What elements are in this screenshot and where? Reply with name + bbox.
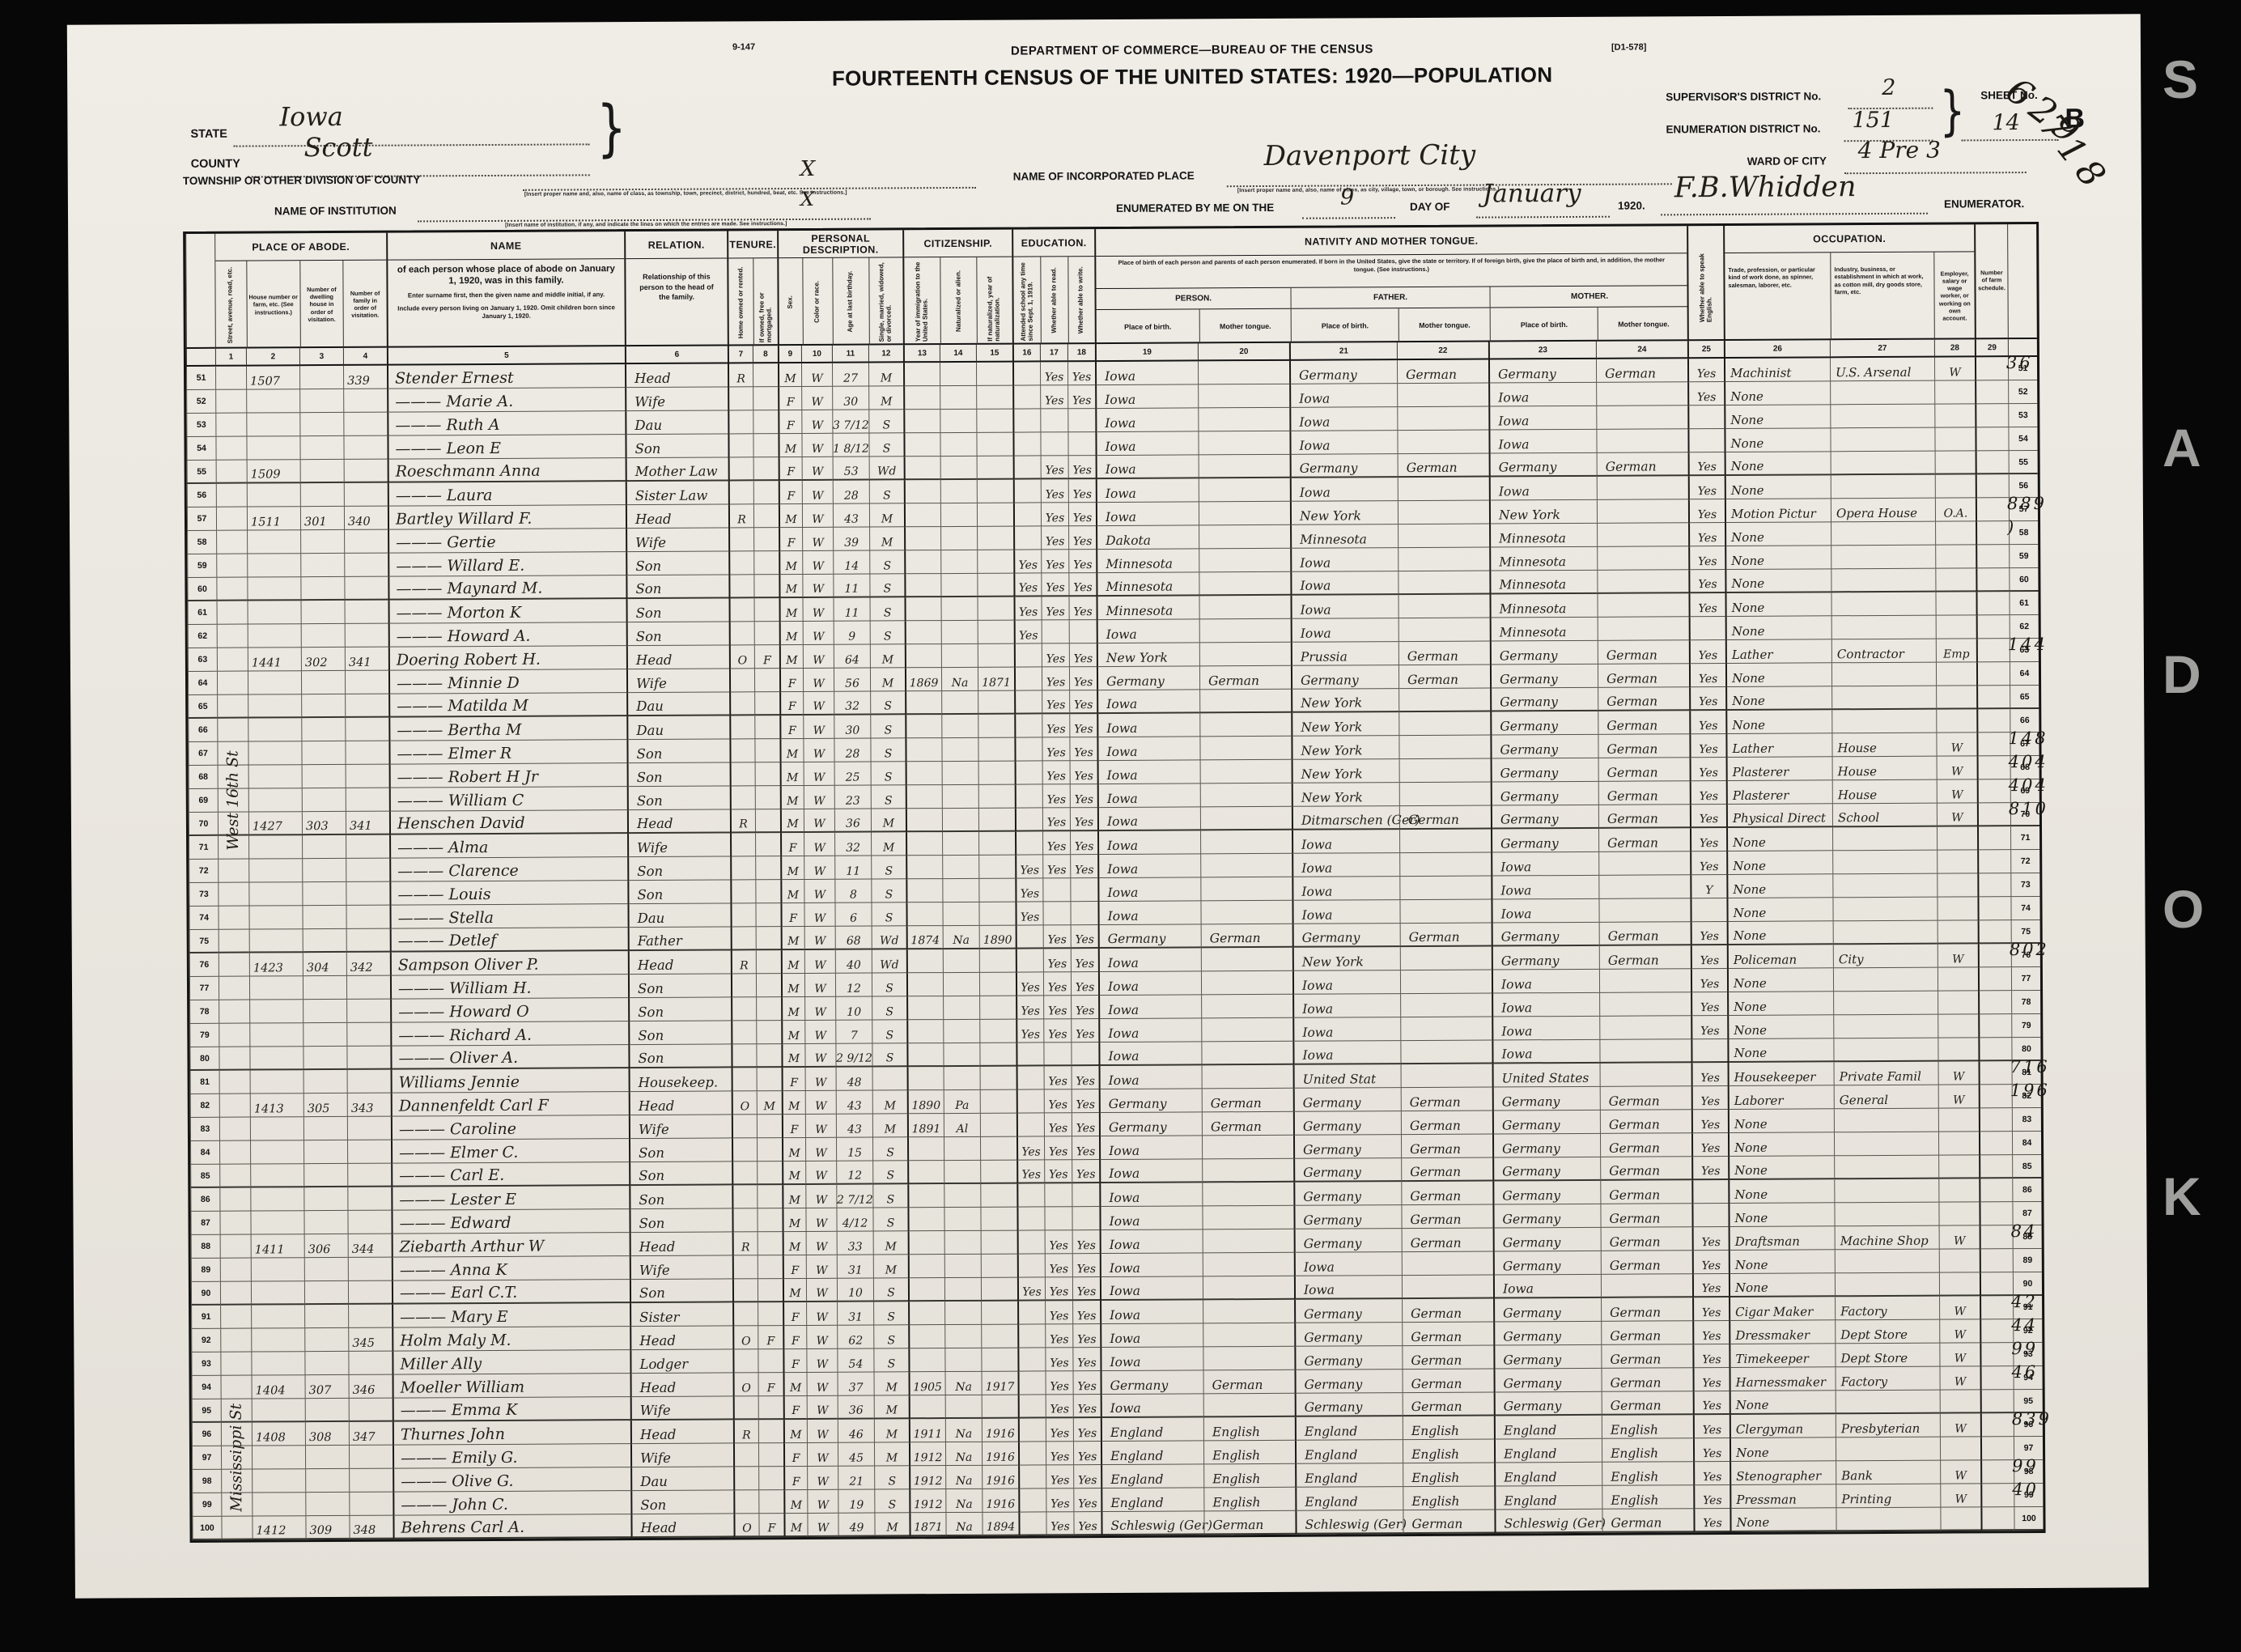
cell-farm-schedule xyxy=(1980,1484,2014,1507)
margin-code: 44 xyxy=(2011,1315,2038,1335)
cell-pob-mother: Schleswig (Ger) xyxy=(1494,1510,1602,1534)
cell-pob-person: Iowa xyxy=(1096,478,1199,503)
cell-marital-status xyxy=(872,1067,907,1090)
cell-value-sex: M xyxy=(786,560,797,574)
cell-value-dwelling-number xyxy=(303,928,307,928)
cell-value-able-to-write: Yes xyxy=(1075,840,1094,854)
cell-value-pob-mother: Germany xyxy=(1496,1376,1562,1391)
cell-value-speaks-english: Yes xyxy=(1699,743,1718,757)
cell-value-employment-class: W xyxy=(1951,741,1963,755)
cell-relation: Head xyxy=(630,1420,733,1444)
cell-home-owned-rented xyxy=(728,410,753,434)
column-number-street: 1 xyxy=(215,349,246,367)
cell-age: 33 xyxy=(837,1232,873,1255)
group-label-relation: RELATION. xyxy=(626,231,727,259)
cell-value-sex: M xyxy=(787,959,799,973)
cell-value-dwelling-number xyxy=(304,1185,308,1186)
cell-trade: Policeman xyxy=(1727,945,1833,969)
cell-value-mt-father: German xyxy=(1399,673,1458,688)
cell-mt-mother: German xyxy=(1598,758,1690,782)
cell-employment-class: W xyxy=(1939,1296,1980,1319)
cell-value-name: ——— William H. xyxy=(392,979,532,999)
cell-mt-father xyxy=(1399,618,1490,643)
cell-mt-person xyxy=(1201,948,1292,972)
cell-value-family-number xyxy=(346,904,350,905)
scanned-census-page: { "form": { "form_number": "9-147", "dep… xyxy=(0,0,2241,1652)
cell-industry xyxy=(1831,686,1936,711)
cell-owned-free-mortgaged: F xyxy=(758,1514,783,1537)
cell-employment-class: W xyxy=(1939,1319,1980,1343)
cell-employment-class xyxy=(1940,1437,1980,1460)
cell-mt-person xyxy=(1203,1347,1294,1371)
cell-value-relation: Son xyxy=(628,746,662,762)
cell-value-house-number xyxy=(250,1022,253,1023)
cell-value-age: 11 xyxy=(846,865,860,879)
cell-industry: City xyxy=(1833,945,1938,969)
cell-value-pob-person: Iowa xyxy=(1099,792,1138,807)
cell-name: ——— Ruth A xyxy=(387,411,625,436)
cell-value-mt-father: German xyxy=(1402,1119,1461,1134)
cell-attended-school xyxy=(1017,1089,1044,1113)
row-number-left: 99 xyxy=(192,1493,221,1517)
cell-pob-mother: Germany xyxy=(1491,782,1598,806)
cell-value-pob-person: Iowa xyxy=(1101,1166,1140,1182)
cell-value-name: ——— Caroline xyxy=(393,1120,516,1140)
cell-pob-person: Dakota xyxy=(1096,525,1199,550)
cell-industry xyxy=(1834,1132,1938,1157)
cell-value-color-race: W xyxy=(814,889,826,902)
cell-name: ——— Leon E xyxy=(387,435,625,460)
cell-name: ——— Edward xyxy=(391,1209,629,1234)
cell-value-industry xyxy=(1831,567,1836,568)
cell-industry xyxy=(1833,992,1938,1016)
cell-value-able-to-write: Yes xyxy=(1073,535,1093,549)
cell-dwelling-number xyxy=(301,718,345,741)
cell-relation: Head xyxy=(627,809,730,834)
cell-able-to-write xyxy=(1071,1043,1098,1066)
cell-able-to-read: Yes xyxy=(1046,1512,1073,1535)
cell-value-attended-school: Yes xyxy=(1021,1145,1041,1159)
cell-able-to-read xyxy=(1044,1207,1072,1230)
cell-owned-free-mortgaged: F xyxy=(758,1373,783,1396)
cell-value-sex: M xyxy=(791,1522,802,1535)
cell-pob-mother: Germany xyxy=(1493,1298,1601,1323)
cell-value-relation: Housekeep. xyxy=(630,1075,719,1092)
cell-value-pob-father: New York xyxy=(1292,695,1362,711)
cell-value-employment-class: W xyxy=(1953,1070,1964,1084)
cell-street xyxy=(219,1141,250,1165)
row-number-left: 71 xyxy=(189,836,218,860)
department-line: DEPARTMENT OF COMMERCE—BUREAU OF THE CEN… xyxy=(836,41,1548,59)
column-number-pob-person: 19 xyxy=(1095,343,1198,362)
cell-value-sex: F xyxy=(789,842,797,856)
row-number-left: 91 xyxy=(191,1306,220,1329)
cell-value-trade: Lather xyxy=(1727,741,1773,757)
cell-speaks-english: Yes xyxy=(1688,476,1725,499)
cell-value-mt-mother: German xyxy=(1602,1258,1661,1273)
cell-immigration-year xyxy=(906,902,942,926)
row-number-left: 70 xyxy=(189,813,218,836)
cell-farm-schedule xyxy=(1979,1061,2012,1085)
cell-value-mt-person: English xyxy=(1204,1425,1260,1440)
cell-pob-father: Iowa xyxy=(1294,1252,1402,1276)
cell-value-attended-school: Yes xyxy=(1019,558,1038,572)
cell-value-able-to-read: Yes xyxy=(1047,816,1067,830)
cell-able-to-write: Yes xyxy=(1067,362,1095,385)
cell-value-pob-mother: Germany xyxy=(1494,1212,1560,1227)
cell-value-speaks-english: Yes xyxy=(1699,649,1718,663)
cell-value-able-to-write: Yes xyxy=(1077,1380,1097,1394)
cell-trade: None xyxy=(1725,710,1831,734)
cell-relation: Head xyxy=(628,950,731,975)
cell-family-number xyxy=(349,1469,393,1493)
cell-house-number xyxy=(246,413,299,436)
cell-pob-father: Iowa xyxy=(1292,877,1399,901)
cell-value-mt-father xyxy=(1399,499,1407,500)
cell-home-owned-rented xyxy=(730,833,755,856)
cell-pob-person: Iowa xyxy=(1099,1183,1202,1207)
cell-value-sex: F xyxy=(792,1335,800,1348)
cell-mt-mother: German xyxy=(1601,1297,1692,1322)
cell-value-mt-father: German xyxy=(1403,1377,1462,1392)
column-header-mt-person: Mother tongue. xyxy=(1199,309,1291,344)
cell-value-family-number xyxy=(345,575,348,576)
cell-value-family-number: 342 xyxy=(347,962,373,975)
cell-home-owned-rented: R xyxy=(728,504,753,528)
cell-value-house-number xyxy=(249,764,253,765)
cell-family-number xyxy=(349,1493,393,1516)
column-header-owned-free-mortgaged: If owned, free or mortgaged. xyxy=(753,258,778,346)
cell-value-mt-mother: German xyxy=(1602,1515,1662,1531)
cell-age: 62 xyxy=(837,1326,873,1349)
cell-value-speaks-english: Yes xyxy=(1701,1119,1721,1132)
cell-value-industry xyxy=(1833,873,1838,873)
cell-value-naturalized: Na xyxy=(956,1498,973,1512)
cell-trade: Timekeeper xyxy=(1729,1344,1835,1368)
cell-immigration-year xyxy=(904,550,940,574)
cell-value-age: 36 xyxy=(846,818,860,831)
cell-able-to-read: Yes xyxy=(1045,1301,1072,1324)
cell-pob-father: Iowa xyxy=(1289,407,1397,431)
cell-able-to-write: Yes xyxy=(1070,855,1097,878)
cell-pob-father: Germany xyxy=(1295,1393,1403,1417)
cell-name: ——— Clarence xyxy=(389,857,627,882)
cell-mt-person xyxy=(1202,1159,1293,1183)
cell-owned-free-mortgaged xyxy=(753,504,779,528)
cell-age: 43 xyxy=(836,1115,872,1138)
cell-marital-status: S xyxy=(871,785,906,809)
cell-name: ——— Howard A. xyxy=(388,622,626,648)
cell-street xyxy=(215,367,246,390)
cell-house-number xyxy=(251,1352,304,1375)
cell-value-name: Henschen David xyxy=(391,814,525,834)
cell-able-to-read: Yes xyxy=(1041,550,1068,573)
cell-speaks-english: Yes xyxy=(1691,969,1727,992)
cell-value-color-race: W xyxy=(812,490,823,503)
cell-family-number xyxy=(347,1211,391,1234)
cell-sex: M xyxy=(781,950,804,974)
cell-mt-father: German xyxy=(1399,665,1490,690)
cell-mt-person: English xyxy=(1203,1441,1295,1465)
column-header-naturalization-year: If naturalized, year of naturalization. xyxy=(976,257,1012,345)
cell-family-number xyxy=(347,1117,391,1140)
cell-value-relation: Son xyxy=(630,1028,664,1044)
cell-value-trade: Physical Direct xyxy=(1728,810,1826,826)
cell-naturalized xyxy=(942,785,978,809)
cell-mt-father: German xyxy=(1398,454,1489,478)
cell-value-trade: Stenographer xyxy=(1731,1468,1821,1484)
cell-value-marital-status: S xyxy=(885,864,893,878)
cell-value-industry xyxy=(1835,1201,1840,1202)
cell-value-pob-father: Germany xyxy=(1294,930,1360,945)
cell-mt-person xyxy=(1199,502,1290,526)
cell-owned-free-mortgaged xyxy=(758,1396,783,1420)
cell-speaks-english: Yes xyxy=(1691,992,1727,1016)
cell-pob-father: New York xyxy=(1292,947,1400,971)
cell-value-name: ——— Howard A. xyxy=(390,627,531,647)
cell-pob-mother: Germany xyxy=(1492,1204,1600,1229)
cell-value-color-race: W xyxy=(812,537,823,550)
cell-age: 15 xyxy=(836,1138,872,1161)
cell-age: 12 xyxy=(835,974,872,997)
cell-value-mt-mother: German xyxy=(1598,741,1657,757)
row-number-left: 82 xyxy=(190,1094,219,1118)
cell-value-pob-person: Iowa xyxy=(1101,1214,1140,1229)
cell-value-mt-father xyxy=(1400,851,1408,852)
cell-employment-class xyxy=(1938,1178,1979,1202)
cell-value-family-number: 341 xyxy=(346,820,372,834)
cell-value-name: ——— Ruth A xyxy=(388,416,499,435)
cell-value-mt-mother: English xyxy=(1602,1493,1658,1508)
cell-value-mt-mother: German xyxy=(1602,1352,1661,1367)
subgroup-columns: Place of birth.Mother tongue. xyxy=(1491,307,1689,342)
cell-age: 48 xyxy=(836,1068,872,1091)
cell-value-pob-father: Iowa xyxy=(1293,885,1332,900)
cell-industry xyxy=(1831,522,1935,546)
cell-value-color-race: W xyxy=(815,1077,826,1090)
cell-value-pob-person: Iowa xyxy=(1099,862,1138,877)
cell-name: Holm Maly M. xyxy=(392,1327,630,1352)
cell-value-age: 31 xyxy=(848,1311,863,1325)
row-number-right: 77 xyxy=(2011,967,2040,991)
cell-mt-person xyxy=(1203,1300,1294,1324)
cell-owned-free-mortgaged xyxy=(758,1302,783,1326)
cell-able-to-read: Yes xyxy=(1042,761,1070,784)
cell-value-dwelling-number xyxy=(305,1350,308,1351)
group-label-citizenship: CITIZENSHIP. xyxy=(904,230,1012,258)
cell-value-able-to-write: Yes xyxy=(1073,581,1093,595)
cell-value-industry xyxy=(1836,1272,1840,1272)
cell-value-employment-class: O.A. xyxy=(1944,507,1968,520)
cell-value-sex: F xyxy=(787,465,795,479)
column-header-text-dwelling-number: Number of dwelling house in order of vis… xyxy=(300,282,343,326)
cell-value-able-to-write: Yes xyxy=(1078,1474,1097,1488)
cell-age: 43 xyxy=(836,1091,872,1115)
cell-speaks-english: Yes xyxy=(1689,711,1725,734)
cell-value-dwelling-number: 305 xyxy=(304,1102,330,1116)
cell-value-trade: Plasterer xyxy=(1728,765,1789,780)
cell-trade: None xyxy=(1725,663,1831,687)
cell-home-owned-rented xyxy=(731,927,756,950)
county-value: Scott xyxy=(303,132,372,163)
cell-pob-father: England xyxy=(1295,1487,1403,1511)
cell-employment-class xyxy=(1935,474,1976,498)
cell-home-owned-rented xyxy=(733,1467,758,1490)
cell-value-trade: None xyxy=(1725,389,1764,405)
cell-mt-person xyxy=(1200,784,1292,808)
cell-value-mt-father xyxy=(1400,781,1408,782)
cell-value-marital-status: S xyxy=(885,888,893,902)
cell-value-age: 46 xyxy=(849,1429,864,1442)
cell-value-mt-person xyxy=(1203,1297,1212,1298)
cell-mt-person xyxy=(1202,1136,1293,1160)
cell-value-industry xyxy=(1833,896,1838,897)
cell-sex: M xyxy=(781,1044,804,1068)
cell-value-mt-person: English xyxy=(1204,1472,1260,1487)
subgroup-columns: Place of birth.Mother tongue. xyxy=(1097,309,1291,344)
cell-value-family-number xyxy=(348,1185,351,1186)
cell-home-owned-rented: R xyxy=(732,1232,758,1255)
subgroup-father: FATHER.Place of birth.Mother tongue. xyxy=(1291,287,1490,343)
cell-pob-person: Iowa xyxy=(1096,455,1199,479)
cell-pob-father: Iowa xyxy=(1292,994,1400,1018)
cell-value-dwelling-number: 304 xyxy=(303,962,329,975)
cell-age: 36 xyxy=(834,809,871,833)
cell-value-relation: Son xyxy=(627,558,661,575)
cell-family-number xyxy=(344,483,388,507)
cell-value-mt-mother xyxy=(1598,522,1606,523)
cell-value-attended-school: Yes xyxy=(1021,1004,1040,1018)
cell-value-pob-mother: Germany xyxy=(1492,719,1558,734)
cell-mt-person xyxy=(1200,854,1292,878)
cell-age: 9 xyxy=(834,622,870,645)
cell-house-number xyxy=(252,1469,305,1493)
cell-industry: Factory xyxy=(1835,1367,1939,1391)
cell-age: 12 xyxy=(836,1161,872,1185)
cell-value-mt-mother: English xyxy=(1602,1446,1658,1461)
cell-able-to-read: Yes xyxy=(1041,526,1068,550)
cell-value-color-race: W xyxy=(817,1358,828,1372)
cell-value-pob-mother: Minnesota xyxy=(1491,577,1566,592)
cell-able-to-write: Yes xyxy=(1068,503,1096,526)
column-header-age: Age at last birthday. xyxy=(832,258,868,346)
cell-dwelling-number xyxy=(301,624,345,648)
cell-value-relation: Sister Law xyxy=(627,488,708,505)
cell-value-relation: Wife xyxy=(630,1122,669,1138)
cell-value-pob-father: Germany xyxy=(1295,1119,1361,1134)
cell-able-to-read: Yes xyxy=(1040,362,1067,385)
cell-relation: Head xyxy=(625,363,728,388)
cell-value-naturalized: Na xyxy=(956,1428,973,1442)
cell-value-name: ——— Marie A. xyxy=(388,393,513,412)
cell-trade: None xyxy=(1728,1132,1834,1157)
cell-value-marital-status: S xyxy=(886,1146,894,1160)
cell-value-age: 14 xyxy=(844,560,859,574)
cell-pob-person: Iowa xyxy=(1095,361,1198,385)
cell-value-family-number xyxy=(348,1068,351,1068)
cell-value-house-number xyxy=(248,647,252,648)
cell-home-owned-rented: O xyxy=(732,1091,757,1115)
column-number-color-race: 10 xyxy=(801,346,832,363)
cell-value-marital-status: S xyxy=(885,771,893,784)
cell-home-owned-rented: R xyxy=(730,809,755,833)
cell-name: ——— Gertie xyxy=(388,529,626,554)
cell-dwelling-number: 302 xyxy=(301,648,345,671)
cell-value-name: ——— Robert H Jr xyxy=(391,768,538,788)
cell-pob-father: Germany xyxy=(1290,454,1398,478)
cell-speaks-english: Yes xyxy=(1690,805,1726,828)
cell-pob-person: Iowa xyxy=(1100,1347,1203,1371)
cell-speaks-english: Yes xyxy=(1691,945,1727,969)
cell-value-house-number: 1511 xyxy=(248,516,281,529)
cell-naturalization-year xyxy=(977,597,1013,621)
cell-naturalization-year xyxy=(981,1348,1017,1372)
cell-dwelling-number xyxy=(303,1047,346,1070)
cell-immigration-year xyxy=(903,363,940,386)
ward-value: 4 Pre 3 xyxy=(1858,137,1941,164)
cell-value-relation: Head xyxy=(627,512,672,528)
column-header-text-industry: Industry, business, or establishment in … xyxy=(1831,253,1934,341)
cell-sex: M xyxy=(782,1091,805,1115)
cell-farm-schedule xyxy=(1979,1085,2012,1108)
cell-mt-mother: English xyxy=(1602,1438,1693,1463)
cell-naturalized xyxy=(944,1302,981,1325)
cell-trade: None xyxy=(1730,1508,1836,1532)
cell-able-to-read: Yes xyxy=(1043,996,1071,1019)
cell-able-to-write: Yes xyxy=(1069,737,1097,761)
cell-value-sex: F xyxy=(789,912,797,926)
cell-house-number xyxy=(248,694,301,718)
cell-marital-status: M xyxy=(869,503,904,527)
cell-value-naturalized: Pa xyxy=(955,1099,969,1113)
cell-name: ——— Elmer R xyxy=(388,740,626,765)
cell-pob-person: Iowa xyxy=(1099,1206,1202,1230)
cell-value-trade: None xyxy=(1727,718,1765,733)
cell-value-able-to-read: Yes xyxy=(1046,581,1065,595)
cell-house-number: 1413 xyxy=(250,1094,303,1117)
film-edge-letter: S xyxy=(2162,49,2198,110)
cell-speaks-english: Yes xyxy=(1688,570,1725,593)
cell-age: 31 xyxy=(837,1255,873,1279)
cell-industry: House xyxy=(1832,780,1937,805)
row-number-left: 84 xyxy=(190,1141,219,1165)
cell-value-industry: Presbyterian xyxy=(1836,1421,1920,1438)
cell-value-color-race: W xyxy=(817,1382,828,1395)
cell-value-age: 49 xyxy=(850,1522,864,1535)
cell-pob-mother: Germany xyxy=(1493,1251,1601,1276)
cell-family-number xyxy=(346,1000,390,1023)
cell-attended-school xyxy=(1013,456,1041,479)
cell-value-mt-person: German xyxy=(1204,1378,1263,1393)
cell-naturalized xyxy=(944,1255,981,1278)
cell-value-able-to-write: Yes xyxy=(1076,1075,1095,1089)
cell-value-color-race: W xyxy=(817,1452,828,1466)
cell-naturalized: Al xyxy=(944,1114,980,1137)
cell-value-house-number: 1404 xyxy=(253,1384,286,1398)
cell-name: ——— Morton K xyxy=(388,599,626,624)
column-header-text-sex: Sex. xyxy=(787,295,794,309)
cell-dwelling-number xyxy=(303,1187,347,1211)
cell-value-mt-mother: German xyxy=(1602,1305,1661,1320)
cell-industry: U.S. Arsenal xyxy=(1830,358,1934,382)
cell-value-name: ——— Minnie D xyxy=(390,674,520,694)
cell-color-race: W xyxy=(804,974,835,997)
cell-mt-father: English xyxy=(1403,1487,1494,1511)
cell-value-industry xyxy=(1831,497,1836,498)
cell-value-mt-person xyxy=(1203,1063,1211,1064)
cell-relation: Son xyxy=(628,974,731,998)
cell-marital-status: S xyxy=(872,1208,907,1231)
